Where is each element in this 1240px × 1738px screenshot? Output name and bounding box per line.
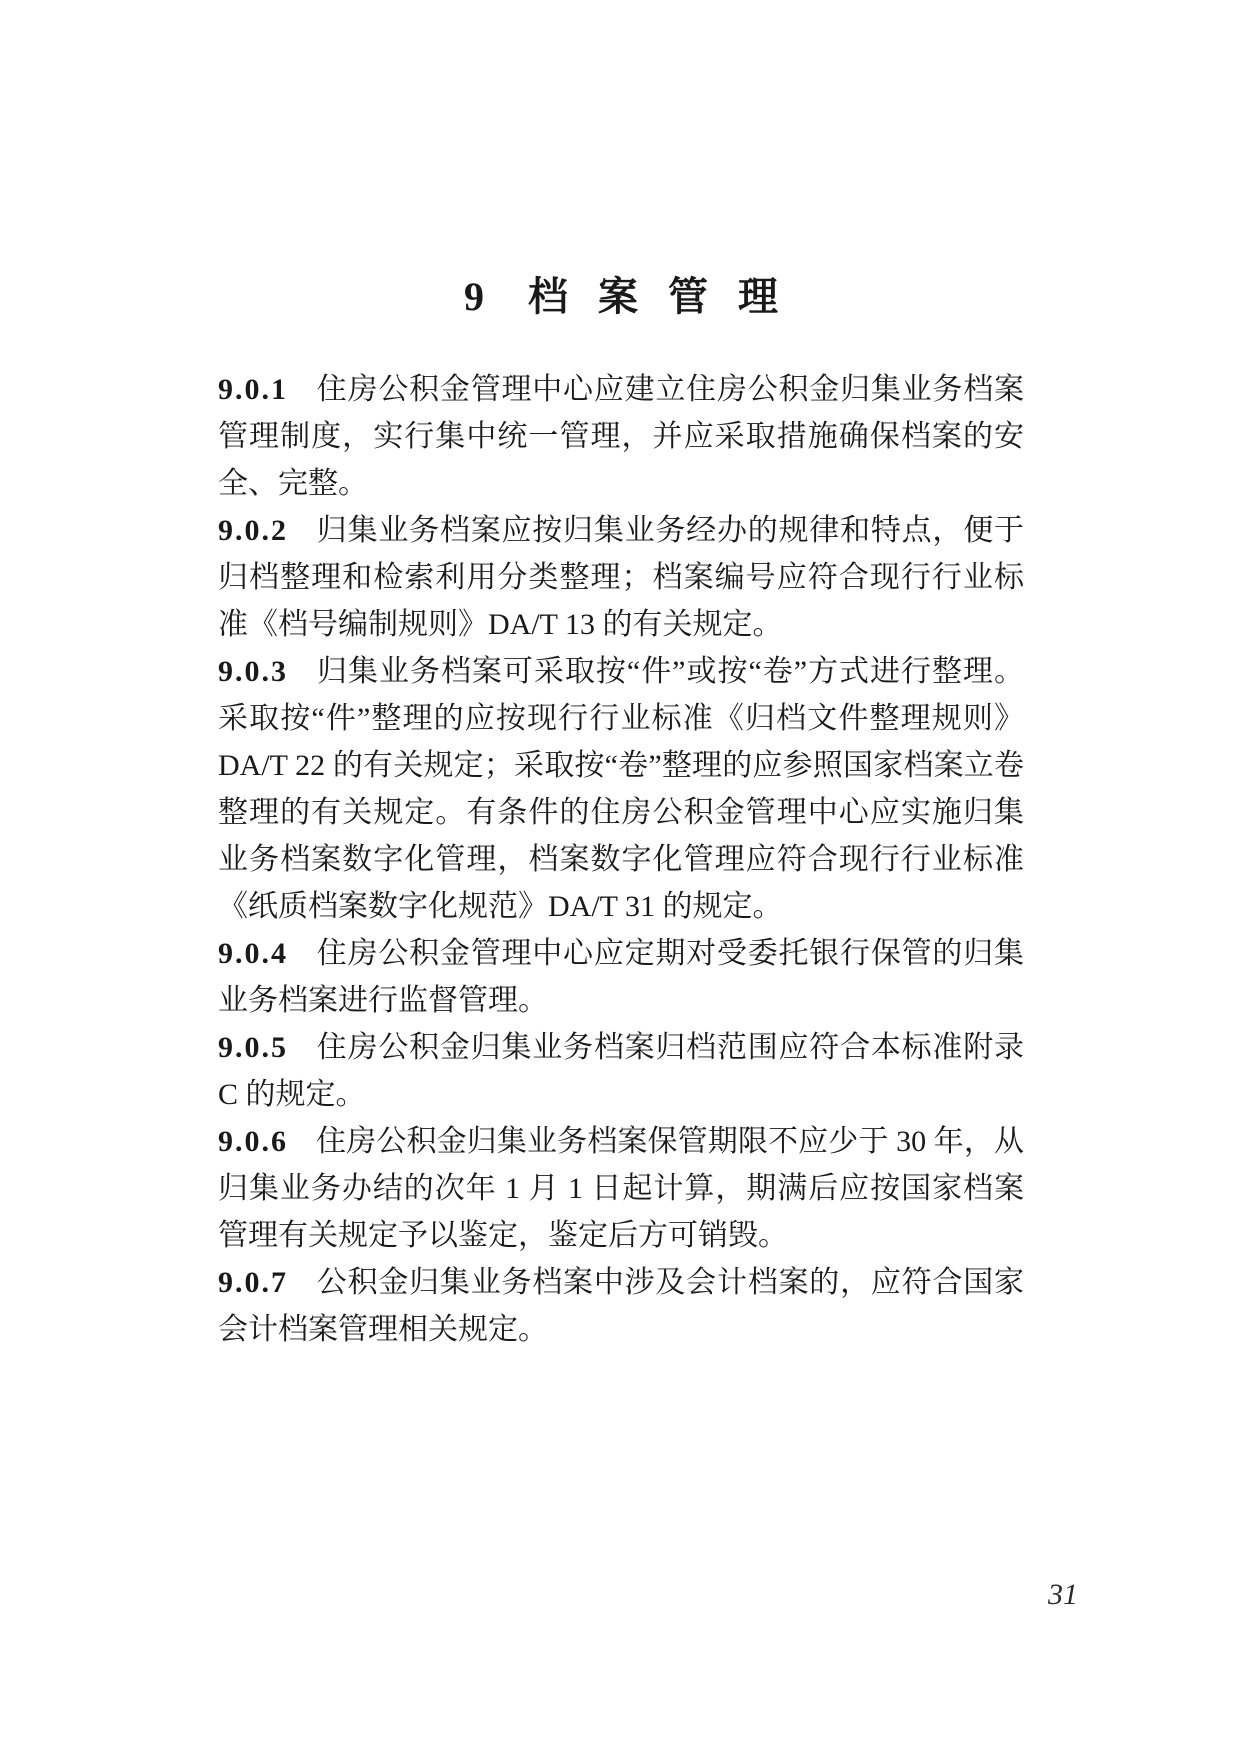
clause-text: 住房公积金归集业务档案保管期限不应少于 30 年，从归集业务办结的次年 1 月 … xyxy=(218,1125,1024,1252)
clause-9-0-5: 9.0.5住房公积金归集业务档案归档范围应符合本标准附录 C 的规定。 xyxy=(218,1024,1024,1118)
clause-text: 归集业务档案应按归集业务经办的规律和特点，便于归档整理和检索利用分类整理；档案编… xyxy=(218,514,1024,641)
clause-number: 9.0.1 xyxy=(218,373,288,406)
clause-text: 公积金归集业务档案中涉及会计档案的，应符合国家会计档案管理相关规定。 xyxy=(218,1266,1024,1346)
clause-number: 9.0.7 xyxy=(218,1266,288,1299)
page-number: 31 xyxy=(1048,1578,1078,1612)
chapter-title-text: 档案管理 xyxy=(528,274,808,319)
clause-9-0-1: 9.0.1住房公积金管理中心应建立住房公积金归集业务档案管理制度，实行集中统一管… xyxy=(218,366,1024,507)
clause-9-0-7: 9.0.7公积金归集业务档案中涉及会计档案的，应符合国家会计档案管理相关规定。 xyxy=(218,1259,1024,1353)
clause-number: 9.0.4 xyxy=(218,937,288,970)
clause-number: 9.0.5 xyxy=(218,1031,288,1064)
clause-9-0-3: 9.0.3归集业务档案可采取按“件”或按“卷”方式进行整理。采取按“件”整理的应… xyxy=(218,648,1024,930)
clause-text: 住房公积金管理中心应建立住房公积金归集业务档案管理制度，实行集中统一管理，并应采… xyxy=(218,373,1024,500)
chapter-number: 9 xyxy=(464,274,484,319)
clause-text: 住房公积金归集业务档案归档范围应符合本标准附录 C 的规定。 xyxy=(218,1031,1024,1111)
clause-number: 9.0.6 xyxy=(218,1125,288,1158)
clause-9-0-2: 9.0.2归集业务档案应按归集业务经办的规律和特点，便于归档整理和检索利用分类整… xyxy=(218,507,1024,648)
clause-9-0-6: 9.0.6住房公积金归集业务档案保管期限不应少于 30 年，从归集业务办结的次年… xyxy=(218,1118,1024,1259)
document-page: 9档案管理 9.0.1住房公积金管理中心应建立住房公积金归集业务档案管理制度，实… xyxy=(0,0,1240,1738)
body-text: 9.0.1住房公积金管理中心应建立住房公积金归集业务档案管理制度，实行集中统一管… xyxy=(218,366,1024,1353)
clause-9-0-4: 9.0.4住房公积金管理中心应定期对受委托银行保管的归集业务档案进行监督管理。 xyxy=(218,930,1024,1024)
chapter-title: 9档案管理 xyxy=(218,265,1024,322)
clause-text: 住房公积金管理中心应定期对受委托银行保管的归集业务档案进行监督管理。 xyxy=(218,937,1024,1017)
clause-number: 9.0.3 xyxy=(218,655,288,688)
clause-number: 9.0.2 xyxy=(218,514,288,547)
clause-text: 归集业务档案可采取按“件”或按“卷”方式进行整理。采取按“件”整理的应按现行行业… xyxy=(218,655,1024,923)
